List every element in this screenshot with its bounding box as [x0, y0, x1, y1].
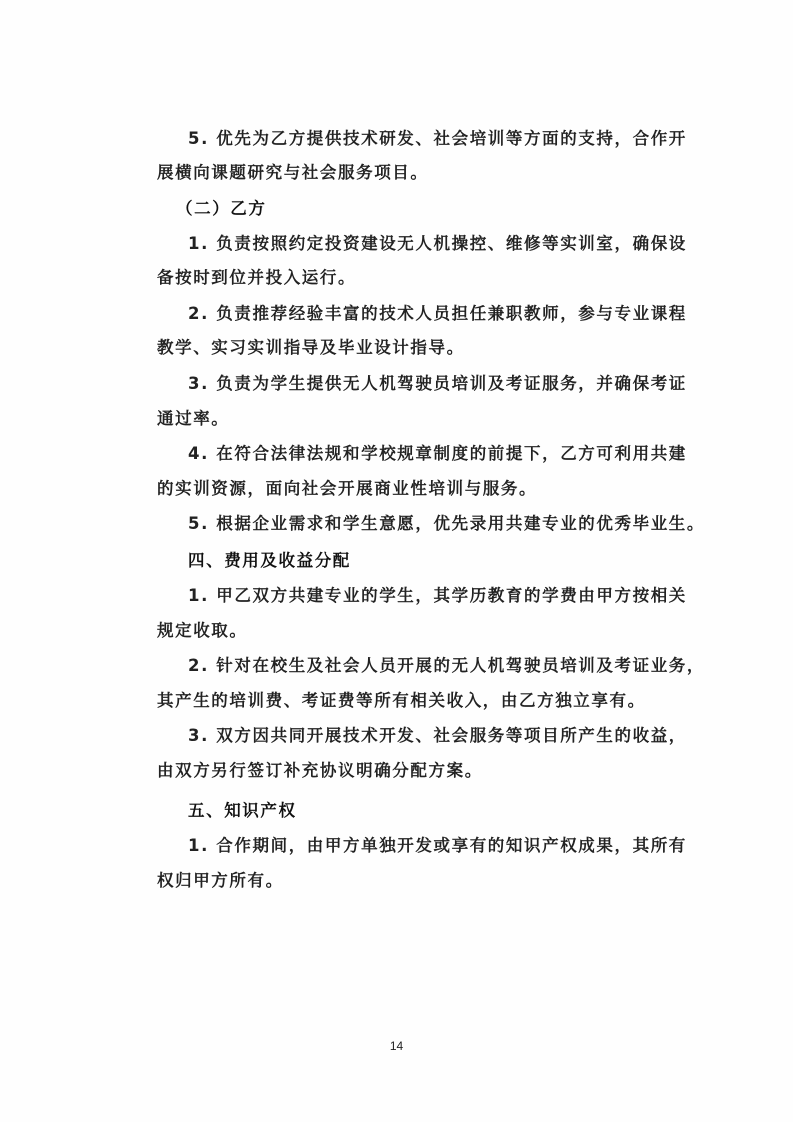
clause-yi-5: 5. 根据企业需求和学生意愿，优先录用共建专业的优秀毕业生。 — [188, 513, 678, 535]
clause-yi-2-line-1: 2. 负责推荐经验丰富的技术人员担任兼职教师，参与专业课程 — [188, 303, 678, 325]
clause-yi-3-line-1: 3. 负责为学生提供无人机驾驶员培训及考证服务，并确保考证 — [188, 373, 678, 395]
clause-jia-5-line-2: 展横向课题研究与社会服务项目。 — [157, 162, 647, 184]
clause-fees-1-line-2: 规定收取。 — [157, 620, 647, 642]
clause-yi-4-line-1: 4. 在符合法律法规和学校规章制度的前提下，乙方可利用共建 — [188, 443, 678, 465]
clause-jia-5-line-1: 5. 优先为乙方提供技术研发、社会培训等方面的支持，合作开 — [188, 128, 678, 150]
section-heading-yi-fang: （二）乙方 — [176, 198, 666, 220]
clause-fees-3-line-1: 3. 双方因共同开展技术开发、社会服务等项目所产生的收益， — [188, 725, 678, 747]
clause-yi-3-line-2: 通过率。 — [157, 408, 647, 430]
clause-ip-1-line-1: 1. 合作期间，由甲方单独开发或享有的知识产权成果，其所有 — [188, 835, 678, 857]
document-page: 5. 优先为乙方提供技术研发、社会培训等方面的支持，合作开 展横向课题研究与社会… — [0, 0, 793, 1122]
clause-yi-4-line-2: 的实训资源，面向社会开展商业性培训与服务。 — [157, 478, 647, 500]
clause-yi-1-line-1: 1. 负责按照约定投资建设无人机操控、维修等实训室，确保设 — [188, 233, 678, 255]
clause-ip-1-line-2: 权归甲方所有。 — [157, 870, 647, 892]
clause-fees-1-line-1: 1. 甲乙双方共建专业的学生，其学历教育的学费由甲方按相关 — [188, 585, 678, 607]
clause-fees-2-line-1: 2. 针对在校生及社会人员开展的无人机驾驶员培训及考证业务， — [188, 655, 678, 677]
page-number: 14 — [0, 1039, 793, 1053]
clause-yi-1-line-2: 备按时到位并投入运行。 — [157, 267, 647, 289]
section-heading-fees: 四、费用及收益分配 — [188, 550, 678, 572]
section-heading-ip: 五、知识产权 — [188, 800, 678, 822]
clause-fees-2-line-2: 其产生的培训费、考证费等所有相关收入，由乙方独立享有。 — [157, 690, 647, 712]
clause-yi-2-line-2: 教学、实习实训指导及毕业设计指导。 — [157, 337, 647, 359]
clause-fees-3-line-2: 由双方另行签订补充协议明确分配方案。 — [157, 760, 647, 782]
